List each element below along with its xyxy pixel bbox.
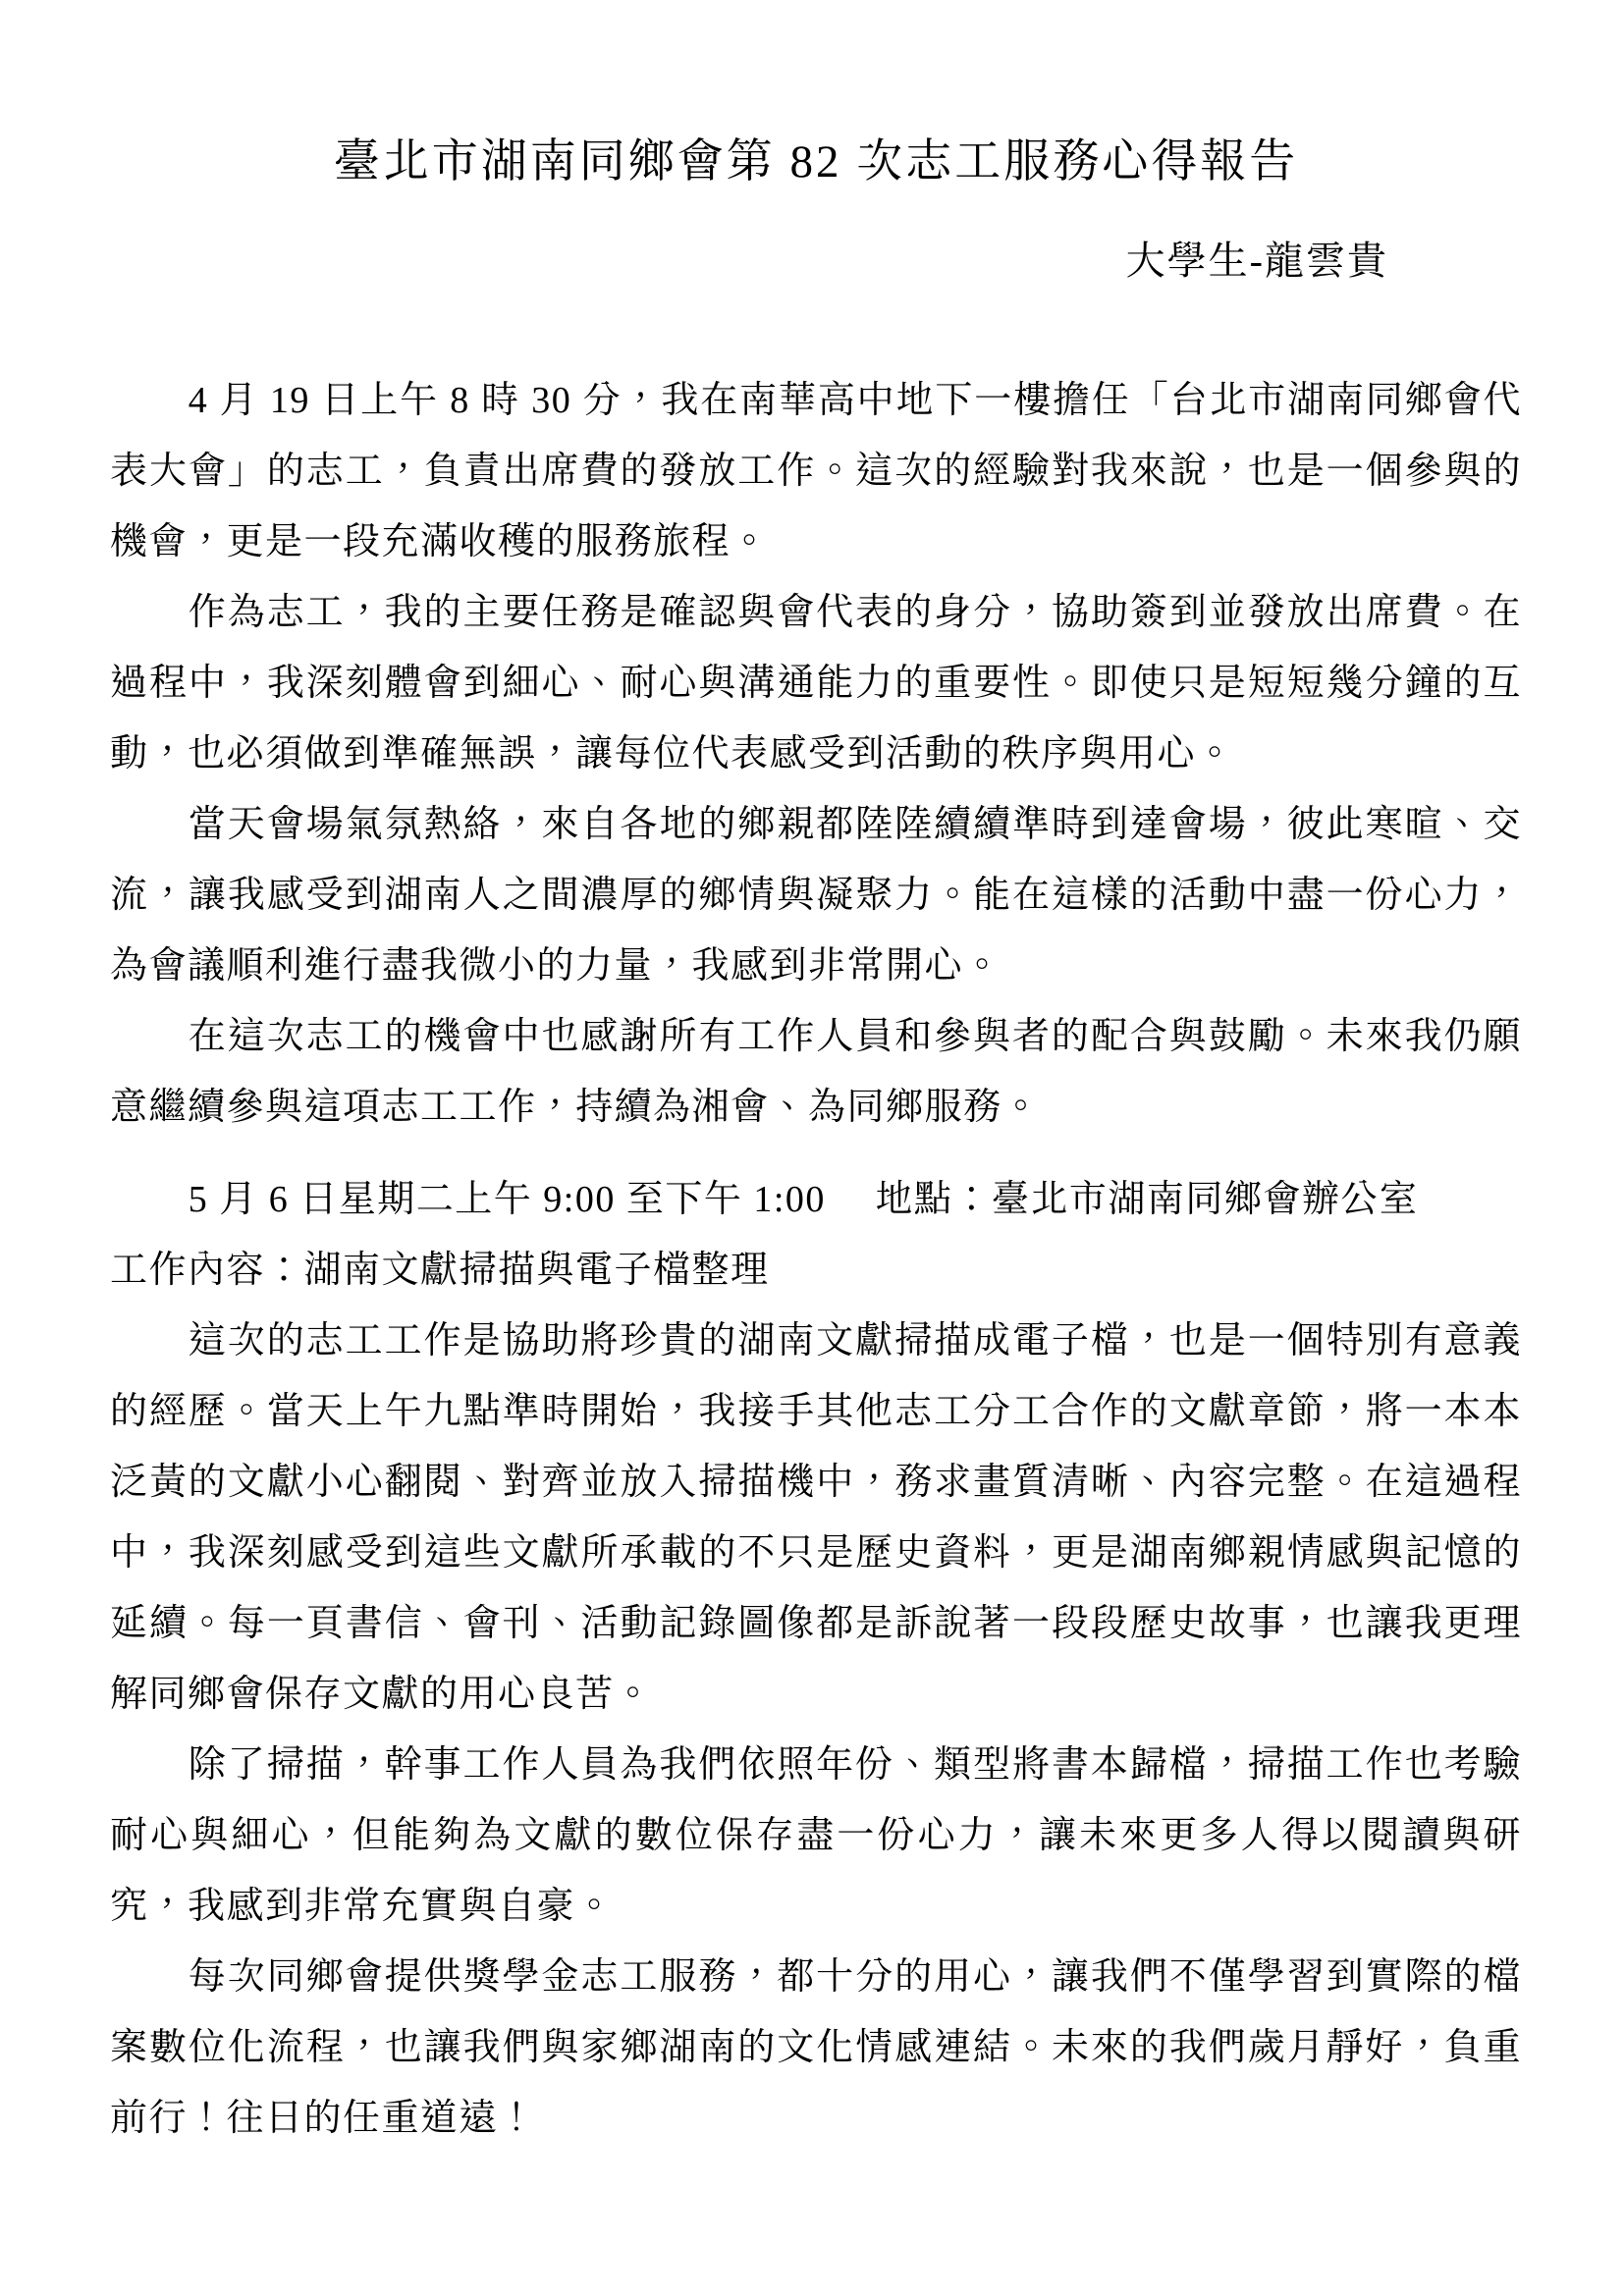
paragraph-6: 除了掃描，幹事工作人員為我們依照年份、類型將書本歸檔，掃描工作也考驗耐心與細心，… (110, 1730, 1522, 1942)
paragraph-2: 作為志工，我的主要任務是確認與會代表的身分，協助簽到並發放出席費。在過程中，我深… (110, 577, 1522, 789)
work-content-line: 工作內容：湖南文獻掃描與電子檔整理 (110, 1235, 1522, 1306)
paragraph-3: 當天會場氣氛熱絡，來自各地的鄉親都陸陸續續準時到達會場，彼此寒暄、交流，讓我感受… (110, 789, 1522, 1001)
paragraph-5: 這次的志工工作是協助將珍貴的湖南文獻掃描成電子檔，也是一個特別有意義的經歷。當天… (110, 1306, 1522, 1730)
paragraph-7: 每次同鄉會提供獎學金志工服務，都十分的用心，讓我們不僅學習到實際的檔案數位化流程… (110, 1942, 1522, 2154)
document-body: 4 月 19 日上午 8 時 30 分，我在南華高中地下一樓擔任「台北市湖南同鄉… (110, 365, 1522, 2154)
schedule-datetime-line: 5 月 6 日星期二上午 9:00 至下午 1:00 地點：臺北市湖南同鄉會辦公… (110, 1164, 1522, 1235)
schedule-block: 5 月 6 日星期二上午 9:00 至下午 1:00 地點：臺北市湖南同鄉會辦公… (110, 1164, 1522, 1306)
paragraph-4: 在這次志工的機會中也感謝所有工作人員和參與者的配合與鼓勵。未來我仍願意繼續參與這… (110, 1001, 1522, 1143)
document-content: 臺北市湖南同鄉會第 82 次志工服務心得報告 大學生-龍雲貴 4 月 19 日上… (0, 0, 1624, 2154)
paragraph-1: 4 月 19 日上午 8 時 30 分，我在南華高中地下一樓擔任「台北市湖南同鄉… (110, 365, 1522, 577)
document-page: 臺北市湖南同鄉會第 82 次志工服務心得報告 大學生-龍雲貴 4 月 19 日上… (0, 0, 1624, 2296)
author-line: 大學生-龍雲貴 (110, 238, 1522, 285)
document-title: 臺北市湖南同鄉會第 82 次志工服務心得報告 (110, 0, 1522, 188)
